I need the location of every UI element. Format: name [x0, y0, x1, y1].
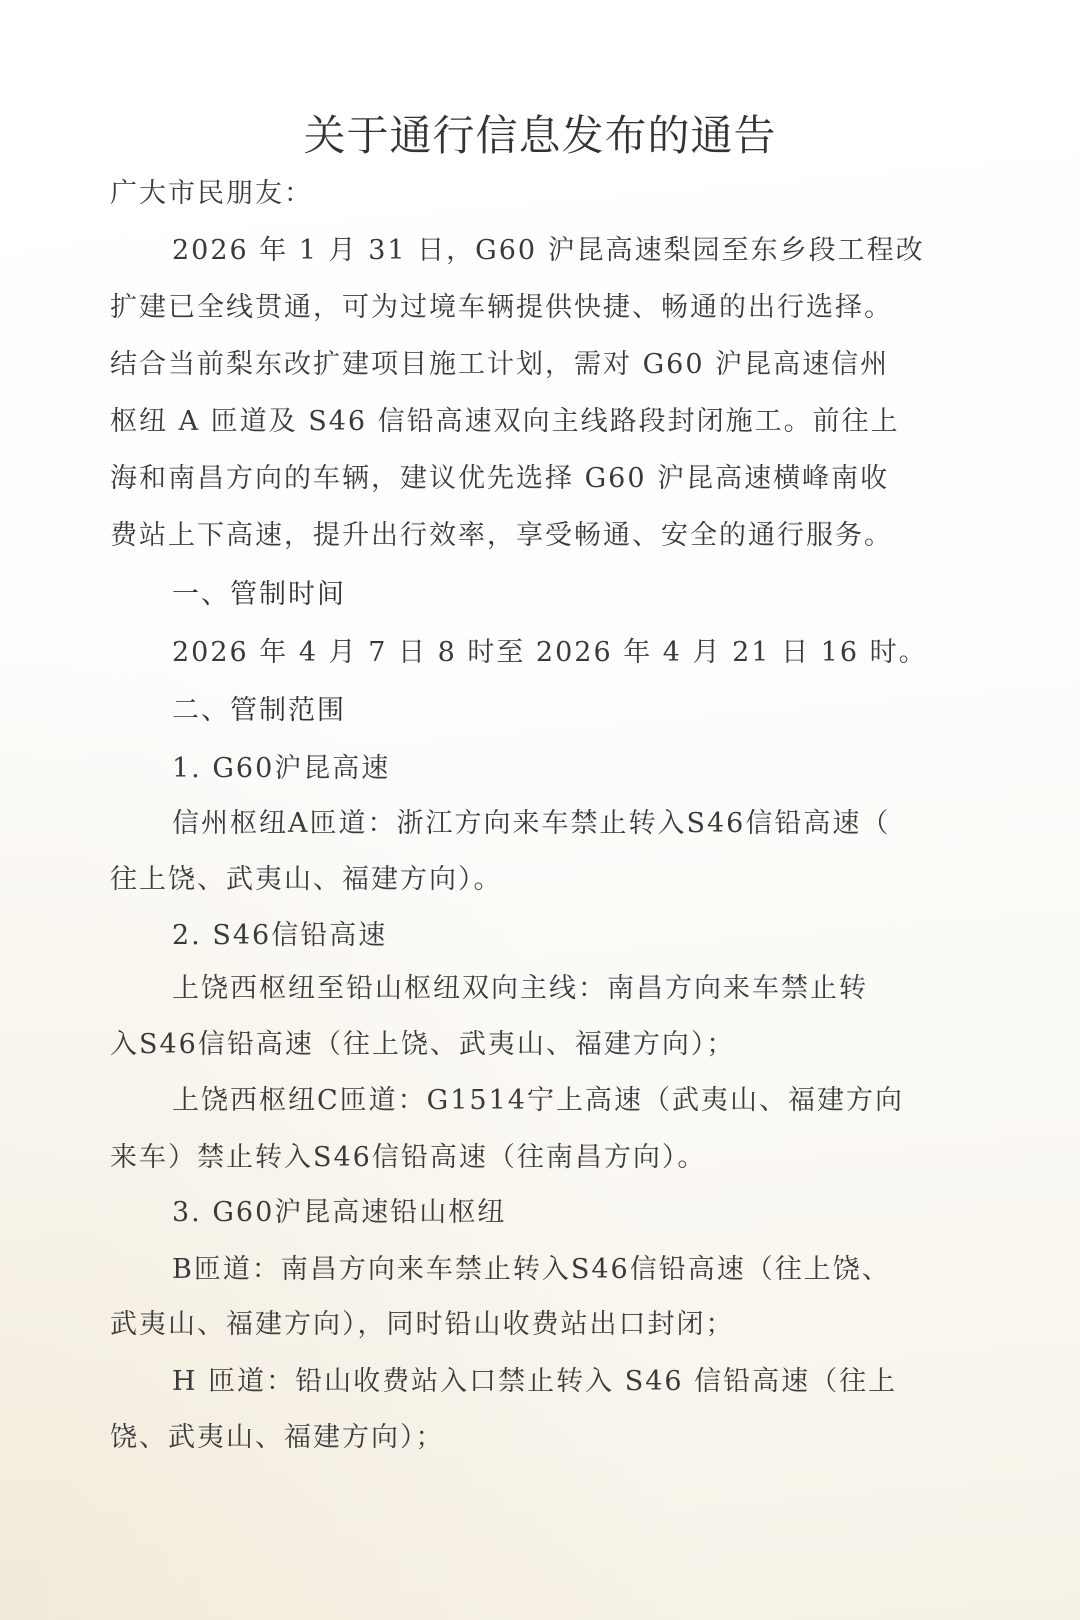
- subsection-line: 来车）禁止转入S46信铅高速（往南昌方向）。: [110, 1138, 940, 1178]
- subsection-line: 信州枢纽A匝道：浙江方向来车禁止转入S46信铅高速（: [172, 804, 1002, 844]
- subsection-line: 往上饶、武夷山、福建方向）。: [110, 860, 940, 900]
- subsection-line: 武夷山、福建方向），同时铅山收费站出口封闭；: [110, 1305, 940, 1345]
- intro-line: 枢纽 A 匝道及 S46 信铅高速双向主线路段封闭施工。前往上: [110, 402, 940, 442]
- section-heading-control-time: 一、管制时间: [172, 575, 1002, 615]
- intro-line: 结合当前梨东改扩建项目施工计划，需对 G60 沪昆高速信州: [110, 345, 940, 385]
- subsection-line: 饶、武夷山、福建方向）；: [110, 1418, 940, 1458]
- subsection-line: B匝道：南昌方向来车禁止转入S46信铅高速（往上饶、: [172, 1250, 1002, 1290]
- subsection-heading: 1. G60沪昆高速: [172, 749, 1002, 789]
- subsection-heading: 3. G60沪昆高速铅山枢纽: [172, 1193, 1002, 1233]
- section-heading-control-scope: 二、管制范围: [172, 691, 1002, 731]
- intro-line: 费站上下高速，提升出行效率，享受畅通、安全的通行服务。: [110, 516, 940, 556]
- salutation: 广大市民朋友：: [110, 174, 940, 214]
- subsection-line: H 匝道：铅山收费站入口禁止转入 S46 信铅高速（往上: [172, 1362, 1002, 1402]
- notice-document: 关于通行信息发布的通告 广大市民朋友： 2026 年 1 月 31 日，G60 …: [0, 0, 1080, 1620]
- document-title: 关于通行信息发布的通告: [0, 103, 1080, 163]
- intro-line: 海和南昌方向的车辆，建议优先选择 G60 沪昆高速横峰南收: [110, 459, 940, 499]
- subsection-line: 上饶西枢纽C匝道：G1514宁上高速（武夷山、福建方向: [172, 1081, 1002, 1121]
- subsection-heading: 2. S46信铅高速: [172, 916, 1002, 956]
- control-time-content: 2026 年 4 月 7 日 8 时至 2026 年 4 月 21 日 16 时…: [172, 633, 1002, 673]
- intro-line: 扩建已全线贯通，可为过境车辆提供快捷、畅通的出行选择。: [110, 288, 940, 328]
- subsection-line: 上饶西枢纽至铅山枢纽双向主线：南昌方向来车禁止转: [172, 969, 1002, 1009]
- subsection-line: 入S46信铅高速（往上饶、武夷山、福建方向）；: [110, 1025, 940, 1065]
- intro-line: 2026 年 1 月 31 日，G60 沪昆高速梨园至东乡段工程改: [172, 231, 1002, 271]
